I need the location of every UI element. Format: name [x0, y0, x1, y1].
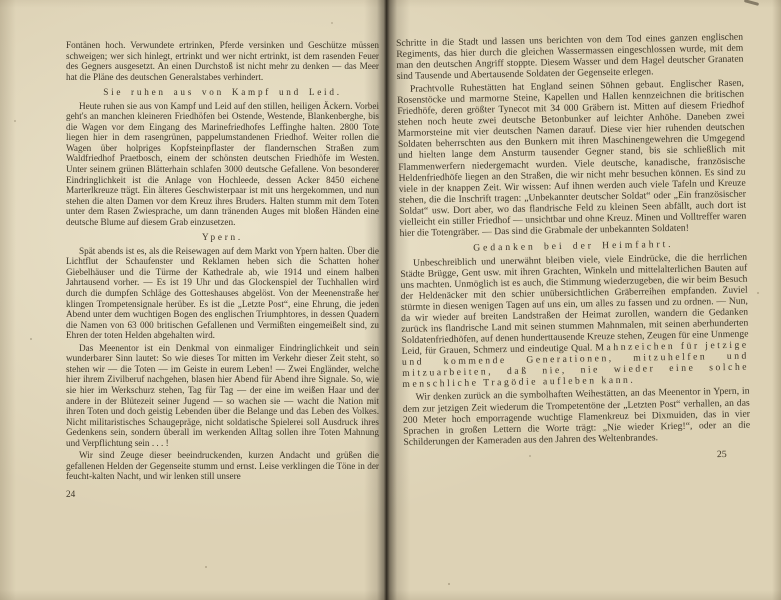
page-left: Fontänen hoch. Verwundete ertrinken, Pfe… — [66, 40, 379, 499]
paragraph-menin-gate: Das Meenentor ist ein Denkmal von einmal… — [66, 343, 379, 448]
page-number-right: 25 — [404, 448, 751, 465]
paragraph-memory: Wir denken zurück an die symbolhaften We… — [402, 386, 750, 448]
paragraph-impressions: Unbeschreiblich und unerwähnt bleiben vi… — [400, 251, 749, 390]
section-heading-rest: Sie ruhen aus von Kampf und Leid. — [66, 87, 379, 98]
paragraph-flood-continuation: Fontänen hoch. Verwundete ertrinken, Pfe… — [66, 40, 379, 82]
paragraph-city-continuation: Schritte in die Stadt und lassen uns ber… — [396, 32, 744, 83]
paragraph-cemeteries: Heute ruhen sie aus von Kampf und Leid a… — [66, 101, 379, 228]
page-number-left: 24 — [66, 489, 379, 500]
book-scan: { "colors": { "paper": "#ddd2b5", "ink":… — [0, 0, 781, 600]
paragraph-ypern-evening: Spät abends ist es, als die Reisewagen a… — [66, 246, 379, 341]
page-right: Schritte in die Stadt und lassen uns ber… — [396, 32, 751, 466]
paragraph-british-cemeteries: Prachtvolle Ruhestätten hat England sein… — [397, 78, 747, 239]
paper-blemish — [744, 0, 759, 6]
section-heading-ypern: Ypern. — [66, 232, 379, 243]
paper-specks — [0, 0, 2, 2]
paragraph-witness: Wir sind Zeuge dieser beeindruckenden, k… — [66, 450, 379, 482]
